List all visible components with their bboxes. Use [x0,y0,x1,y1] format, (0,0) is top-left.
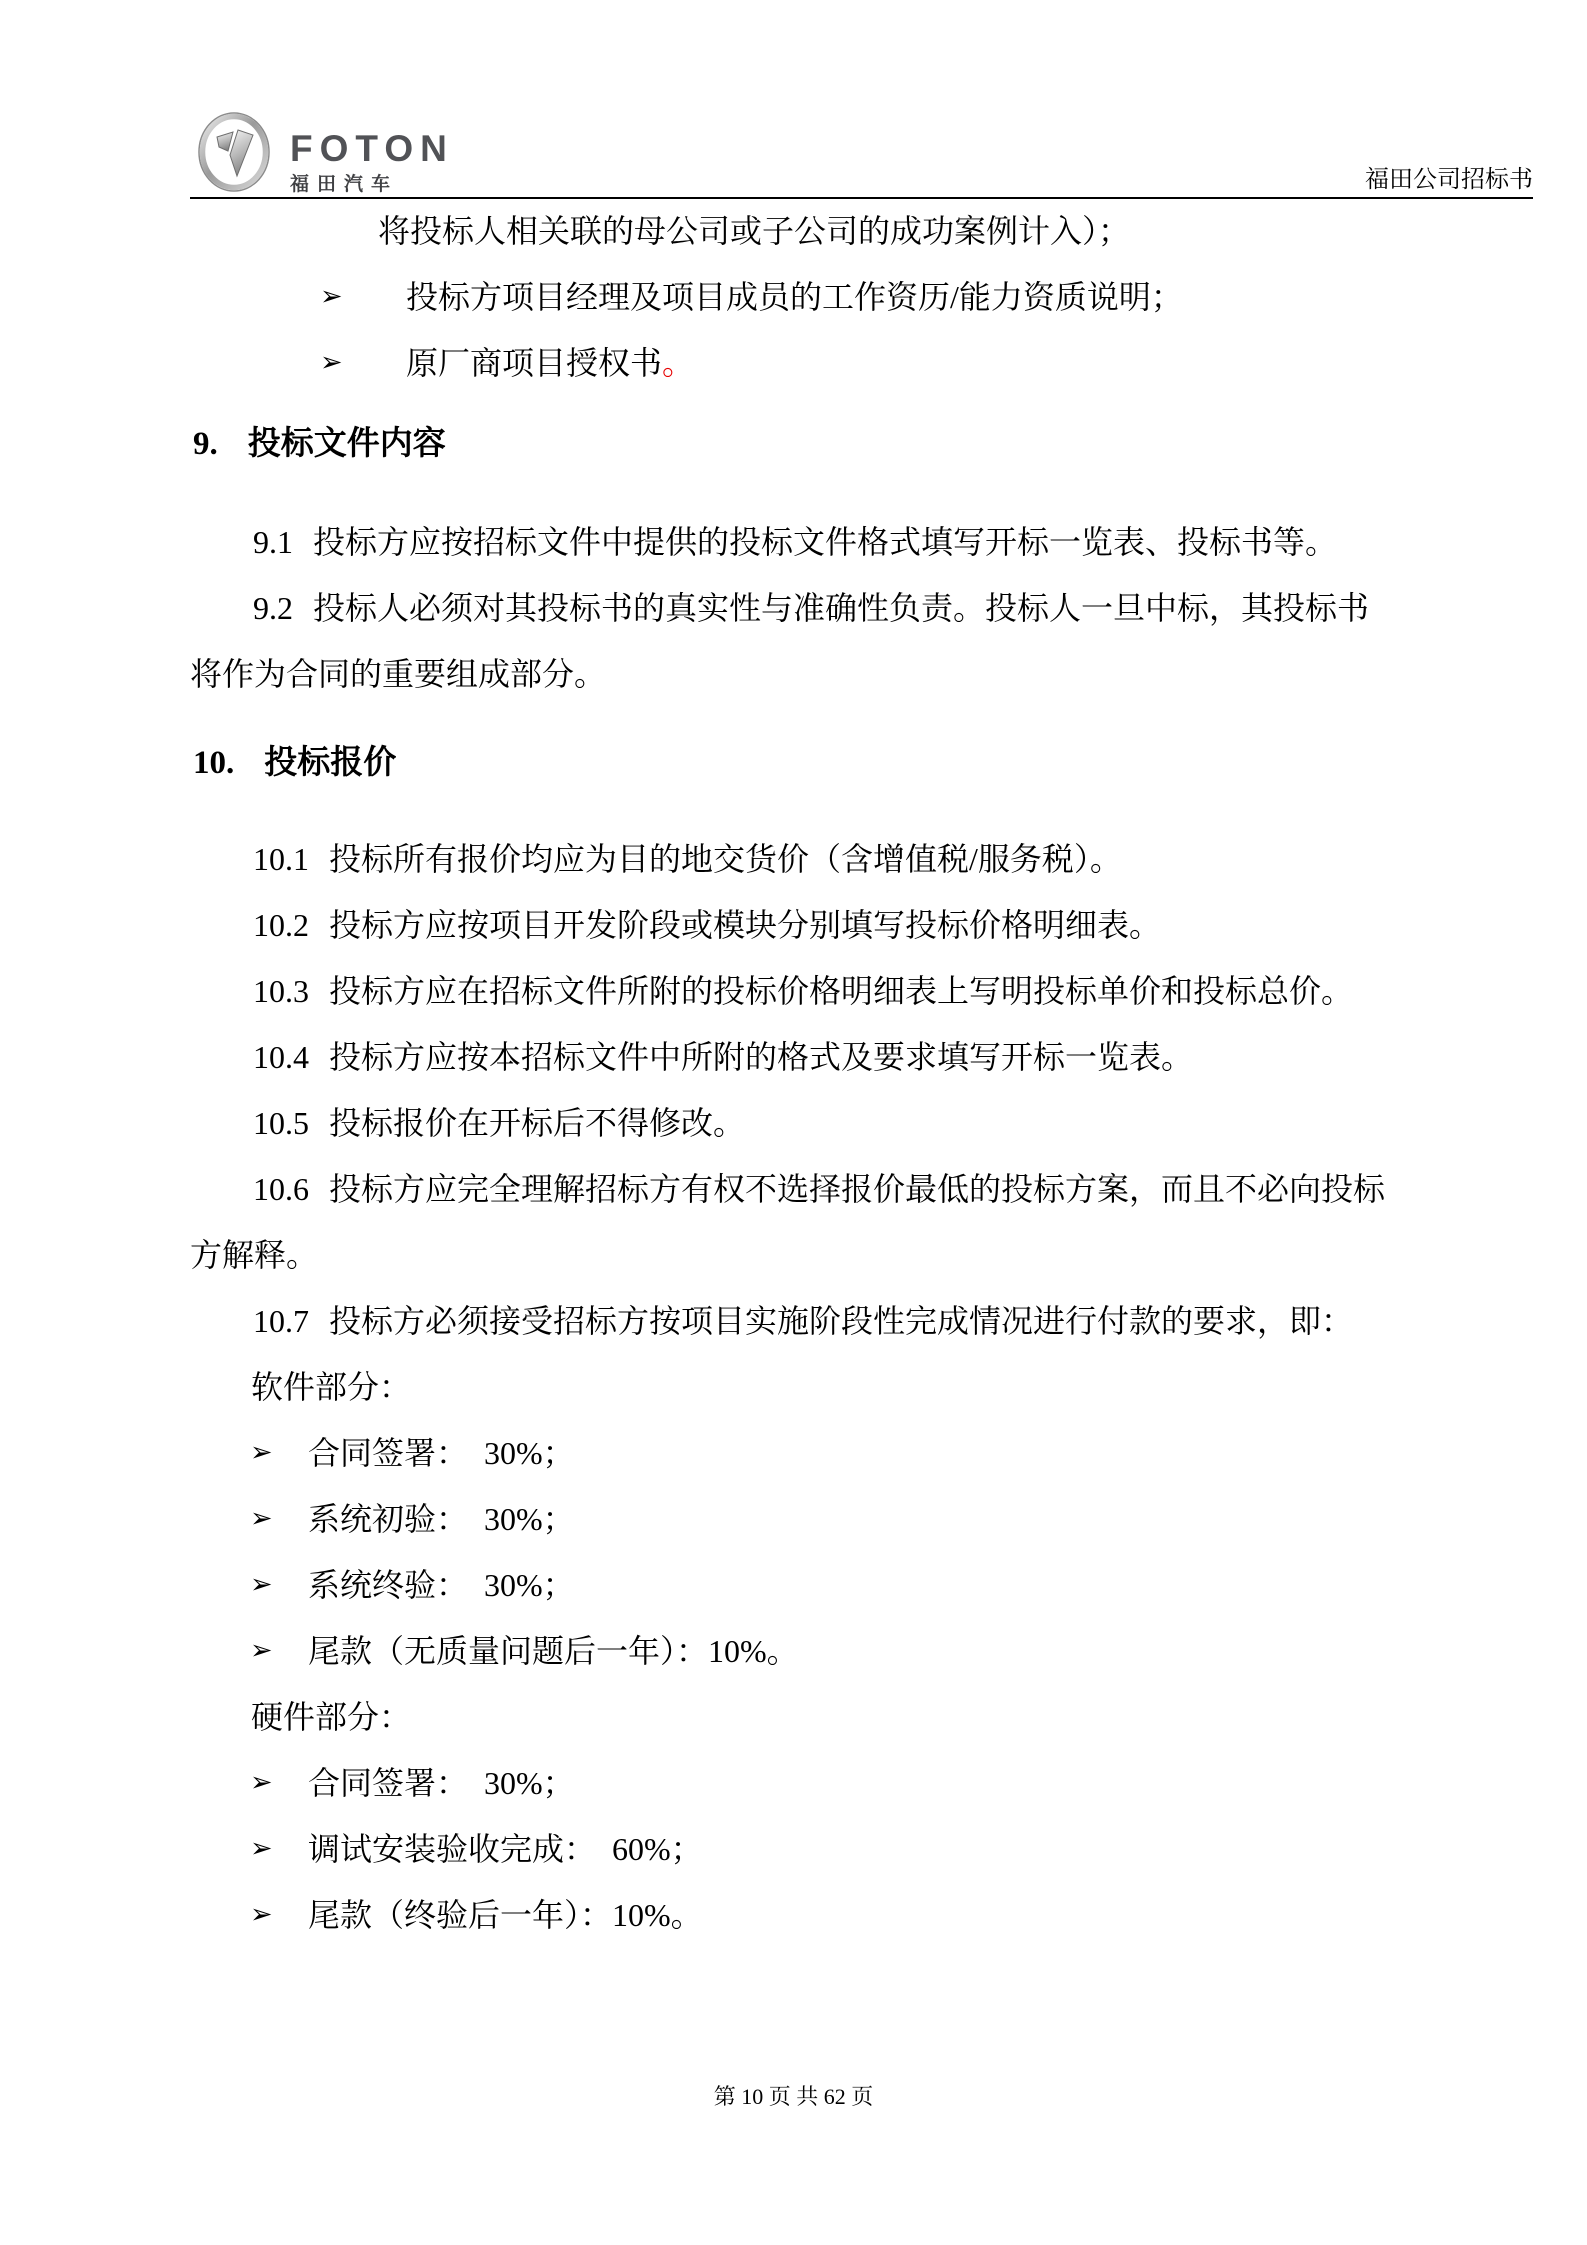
payment-item: ➢ 尾款（终验后一年）：10%。 [190,1882,1550,1948]
clause-10-5: 10.5投标报价在开标后不得修改。 [190,1090,1550,1156]
section-heading-9: 9.投标文件内容 [190,410,1550,477]
list-item-continuation: 将投标人相关联的母公司或子公司的成功案例计入）； [190,198,1550,264]
payment-item-text: 系统初验： 30%； [308,1486,575,1552]
payment-item-text: 尾款（终验后一年）：10%。 [308,1882,703,1948]
page-number-text: 第 10 页 共 62 页 [714,2084,874,2109]
payment-item: ➢ 尾款（无质量问题后一年）：10%。 [190,1618,1550,1684]
bullet-arrow-icon: ➢ [250,1486,308,1552]
clause-10-4: 10.4投标方应按本招标文件中所附的格式及要求填写开标一览表。 [190,1024,1550,1090]
clause-number: 10.4 [253,1039,309,1075]
bullet-arrow-icon: ➢ [250,1750,308,1816]
bullet-arrow-icon: ➢ [250,1816,308,1882]
bullet-arrow-icon: ➢ [320,330,406,396]
payment-item: ➢ 系统初验： 30%； [190,1486,1550,1552]
brand-chinese-name: 福田汽车 [290,175,454,194]
clause-10-7: 10.7投标方必须接受招标方按项目实施阶段性完成情况进行付款的要求，即： [190,1288,1550,1354]
list-item-text: 投标方项目经理及项目成员的工作资历/能力资质说明； [406,264,1183,330]
hardware-part-label: 硬件部分： [190,1684,1550,1750]
clause-number: 10.7 [253,1303,309,1339]
brand-wordmark: FOTON [290,130,454,167]
list-item: ➢ 原厂商项目授权书。 [190,330,1550,396]
clause-number: 9.2 [253,590,293,626]
clause-10-6: 10.6投标方应完全理解招标方有权不选择报价最低的投标方案，而且不必向投标 [190,1156,1550,1222]
payment-item-text: 尾款（无质量问题后一年）：10%。 [308,1618,799,1684]
payment-item-text: 合同签署： 30%； [308,1420,575,1486]
red-period: 。 [662,345,694,381]
payment-item-text: 系统终验： 30%； [308,1552,575,1618]
list-item: ➢ 投标方项目经理及项目成员的工作资历/能力资质说明； [190,264,1550,330]
clause-10-6-continued: 方解释。 [190,1222,1550,1288]
payment-item: ➢ 系统终验： 30%； [190,1552,1550,1618]
payment-item-text: 合同签署： 30%； [308,1750,575,1816]
bullet-arrow-icon: ➢ [320,264,406,330]
foton-emblem-icon [196,110,272,194]
section-number: 9. [193,426,218,462]
clause-text: 投标方应按招标文件中提供的投标文件格式填写开标一览表、投标书等。 [313,524,1337,560]
bullet-arrow-icon: ➢ [250,1420,308,1486]
clause-9-2: 9.2投标人必须对其投标书的真实性与准确性负责。投标人一旦中标，其投标书 [190,575,1550,641]
payment-item: ➢ 调试安装验收完成： 60%； [190,1816,1550,1882]
document-body: 将投标人相关联的母公司或子公司的成功案例计入）； ➢ 投标方项目经理及项目成员的… [190,198,1550,1948]
clause-number: 10.2 [253,907,309,943]
clause-10-3: 10.3投标方应在招标文件所附的投标价格明细表上写明投标单价和投标总价。 [190,958,1550,1024]
clause-9-2-continued: 将作为合同的重要组成部分。 [190,641,1550,707]
logo-text-block: FOTON 福田汽车 [290,110,454,194]
software-part-label: 软件部分： [190,1354,1550,1420]
section-number: 10. [193,745,234,781]
clause-text: 投标方应按本招标文件中所附的格式及要求填写开标一览表。 [329,1039,1193,1075]
foton-logo: FOTON 福田汽车 [196,110,454,194]
bullet-arrow-icon: ➢ [250,1882,308,1948]
clause-number: 10.1 [253,841,309,877]
section-title: 投标文件内容 [248,424,446,461]
list-item-text: 原厂商项目授权书。 [406,330,694,396]
bullet-arrow-icon: ➢ [250,1552,308,1618]
payment-item: ➢ 合同签署： 30%； [190,1420,1550,1486]
clause-9-1: 9.1投标方应按招标文件中提供的投标文件格式填写开标一览表、投标书等。 [190,509,1550,575]
section-heading-10: 10.投标报价 [190,729,1550,796]
section-title: 投标报价 [264,743,396,780]
payment-item: ➢ 合同签署： 30%； [190,1750,1550,1816]
header-doc-label: 福田公司招标书 [1365,165,1533,195]
clause-text: 投标所有报价均应为目的地交货价（含增值税/服务税）。 [329,841,1122,877]
clause-text: 投标方应在招标文件所附的投标价格明细表上写明投标单价和投标总价。 [329,973,1353,1009]
clause-text: 投标人必须对其投标书的真实性与准确性负责。投标人一旦中标，其投标书 [313,590,1369,626]
clause-text: 投标方应完全理解招标方有权不选择报价最低的投标方案，而且不必向投标 [329,1171,1385,1207]
bullet-arrow-icon: ➢ [250,1618,308,1684]
clause-10-1: 10.1投标所有报价均应为目的地交货价（含增值税/服务税）。 [190,826,1550,892]
clause-text: 投标报价在开标后不得修改。 [329,1105,745,1141]
clause-number: 9.1 [253,524,293,560]
clause-number: 10.6 [253,1171,309,1207]
clause-text: 投标方必须接受招标方按项目实施阶段性完成情况进行付款的要求，即： [329,1303,1353,1339]
clause-10-2: 10.2投标方应按项目开发阶段或模块分别填写投标价格明细表。 [190,892,1550,958]
clause-number: 10.5 [253,1105,309,1141]
clause-text: 投标方应按项目开发阶段或模块分别填写投标价格明细表。 [329,907,1161,943]
document-page: FOTON 福田汽车 福田公司招标书 将投标人相关联的母公司或子公司的成功案例计… [0,0,1587,2245]
clause-number: 10.3 [253,973,309,1009]
payment-item-text: 调试安装验收完成： 60%； [308,1816,703,1882]
page-footer: 第 10 页 共 62 页 [0,2083,1587,2111]
